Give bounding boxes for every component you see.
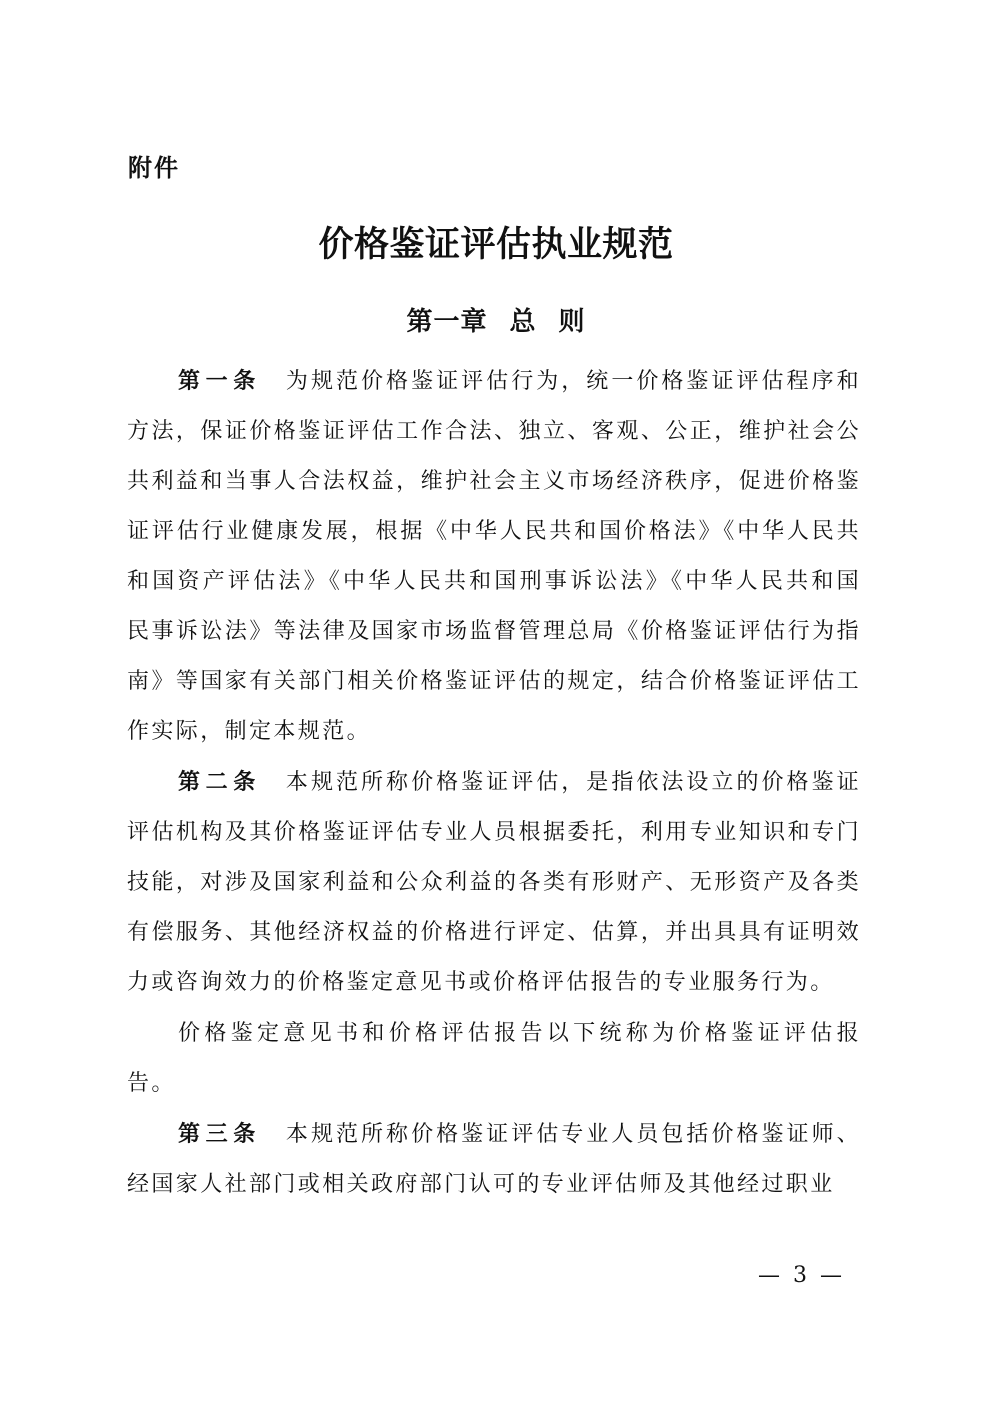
article-2-text: 本规范所称价格鉴证评估，是指依法设立的价格鉴证评估机构及其价格鉴证评估专业人员根… [127, 770, 861, 995]
article-2-supplement-text: 价格鉴定意见书和价格评估报告以下统称为价格鉴证评估报告。 [127, 1021, 861, 1096]
page-number: — 3 — [758, 1263, 845, 1288]
document-title: 价格鉴证评估执业规范 [0, 217, 992, 267]
document-body: 第一条为规范价格鉴证评估行为，统一价格鉴证评估程序和方法，保证价格鉴证评估工作合… [127, 356, 861, 1210]
article-1-label: 第一条 [178, 368, 261, 394]
article-3-label: 第三条 [178, 1121, 261, 1147]
article-2-label: 第二条 [178, 769, 261, 795]
paragraph-article-3: 第三条本规范所称价格鉴证评估专业人员包括价格鉴证师、经国家人社部门或相关政府部门… [127, 1109, 861, 1210]
attachment-label: 附件 [128, 148, 180, 183]
paragraph-article-2: 第二条本规范所称价格鉴证评估，是指依法设立的价格鉴证评估机构及其价格鉴证评估专业… [127, 757, 861, 1008]
article-1-text: 为规范价格鉴证评估行为，统一价格鉴证评估程序和方法，保证价格鉴证评估工作合法、独… [127, 369, 861, 744]
chapter-heading: 第一章 总 则 [0, 301, 992, 338]
document-page: 附件 价格鉴证评估执业规范 第一章 总 则 第一条为规范价格鉴证评估行为，统一价… [0, 0, 992, 1403]
paragraph-article-2-supplement: 价格鉴定意见书和价格评估报告以下统称为价格鉴证评估报告。 [127, 1008, 861, 1109]
paragraph-article-1: 第一条为规范价格鉴证评估行为，统一价格鉴证评估程序和方法，保证价格鉴证评估工作合… [127, 356, 861, 757]
